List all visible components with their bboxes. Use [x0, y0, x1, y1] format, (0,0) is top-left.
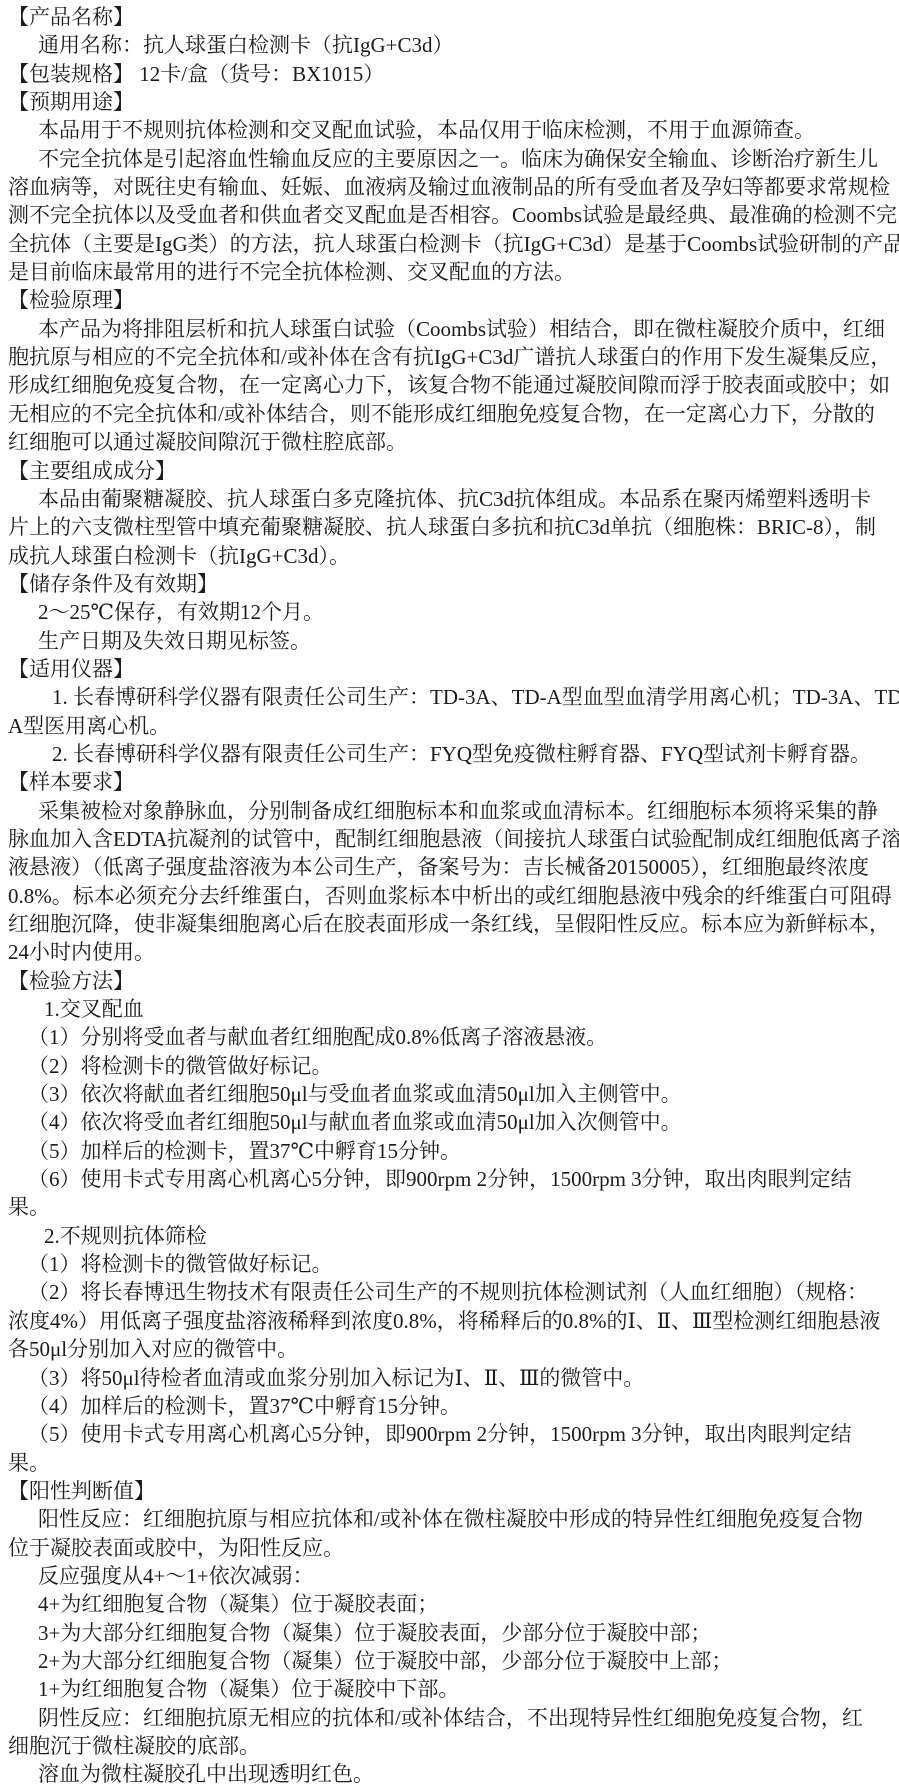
text-line: 阳性反应：红细胞抗原与相应抗体和/或补体在微柱凝胶中形成的特异性红细胞免疫复合物 — [8, 1505, 895, 1533]
text-line: 液悬液）（低离子强度盐溶液为本公司生产，备案号为：吉长械备20150005），红… — [8, 853, 895, 881]
text-line: 无相应的不完全抗体和/或补体结合，则不能形成红细胞免疫复合物，在一定离心力下，分… — [8, 400, 895, 428]
section-header-line: 【检验方法】 — [8, 967, 895, 995]
text-line: 1+为红细胞复合物（凝集）位于凝胶中下部。 — [8, 1675, 895, 1703]
text-line: 24小时内使用。 — [8, 938, 895, 966]
text-line: 果。 — [8, 1449, 895, 1477]
section-header-line: 【储存条件及有效期】 — [8, 570, 895, 598]
text-line: 红细胞可以通过凝胶间隙沉于微柱腔底部。 — [8, 428, 895, 456]
text-line: 溶血为微柱凝胶孔中出现透明红色。 — [8, 1760, 895, 1788]
text-line: 脉血加入含EDTA抗凝剂的试管中，配制红细胞悬液（间接抗人球蛋白试验配制成红细胞… — [8, 825, 895, 853]
text-line: （6）使用卡式专用离心机离心5分钟，即900rpm 2分钟，1500rpm 3分… — [8, 1165, 895, 1193]
text-line: 片上的六支微柱型管中填充葡聚糖凝胶、抗人球蛋白多抗和抗C3d单抗（细胞株：BRI… — [8, 513, 895, 541]
section-header-line: 【主要组成成分】 — [8, 457, 895, 485]
text-line: 本品由葡聚糖凝胶、抗人球蛋白多克隆抗体、抗C3d抗体组成。本品系在聚丙烯塑料透明… — [8, 485, 895, 513]
text-line: 生产日期及失效日期见标签。 — [8, 627, 895, 655]
text-line: 形成红细胞免疫复合物，在一定离心力下，该复合物不能通过凝胶间隙而浮于胶表面或胶中… — [8, 371, 895, 399]
text-line: （3）将50μl待检者血清或血浆分别加入标记为Ⅰ、Ⅱ、Ⅲ的微管中。 — [8, 1364, 895, 1392]
text-line: （5）使用卡式专用离心机离心5分钟，即900rpm 2分钟，1500rpm 3分… — [8, 1420, 895, 1448]
text-line: （5）加样后的检测卡，置37℃中孵育15分钟。 — [8, 1137, 895, 1165]
text-line: 红细胞沉降，使非凝集细胞离心后在胶表面形成一条红线，呈假阳性反应。标本应为新鲜标… — [8, 910, 895, 938]
text-line: 成抗人球蛋白检测卡（抗IgG+C3d）。 — [8, 542, 895, 570]
text-line: A型医用离心机。 — [8, 712, 895, 740]
text-line: 细胞沉于微柱凝胶的底部。 — [8, 1732, 895, 1760]
section-header-line: 【适用仪器】 — [8, 655, 895, 683]
text-line: （1）分别将受血者与献血者红细胞配成0.8%低离子溶液悬液。 — [8, 1023, 895, 1051]
document-page: { "page": { "background_color": "#ffffff… — [0, 0, 899, 1789]
text-line: 全抗体（主要是IgG类）的方法，抗人球蛋白检测卡（抗IgG+C3d）是基于Coo… — [8, 230, 895, 258]
text-line: 果。 — [8, 1193, 895, 1221]
text-line: 反应强度从4+～1+依次减弱： — [8, 1562, 895, 1590]
product-instructions-document: 【产品名称】通用名称：抗人球蛋白检测卡（抗IgG+C3d）【包装规格】 12卡/… — [0, 0, 899, 1789]
text-line: （1）将检测卡的微管做好标记。 — [8, 1250, 895, 1278]
section-header-line: 【产品名称】 — [8, 3, 895, 31]
text-line: （2）将检测卡的微管做好标记。 — [8, 1052, 895, 1080]
text-line: 1.交叉配血 — [8, 995, 895, 1023]
text-line: 2. 长春博研科学仪器有限责任公司生产：FYQ型免疫微柱孵育器、FYQ型试剂卡孵… — [8, 740, 895, 768]
text-line: （4）加样后的检测卡，置37℃中孵育15分钟。 — [8, 1392, 895, 1420]
text-line: 胞抗原与相应的不完全抗体和/或补体在含有抗IgG+C3d广谱抗人球蛋白的作用下发… — [8, 343, 895, 371]
text-line: （3）依次将献血者红细胞50μl与受血者血浆或血清50μl加入主侧管中。 — [8, 1080, 895, 1108]
text-line: 2+为大部分红细胞复合物（凝集）位于凝胶中部，少部分位于凝胶中上部； — [8, 1647, 895, 1675]
text-line: 位于凝胶表面或胶中，为阳性反应。 — [8, 1534, 895, 1562]
text-line: 本品用于不规则抗体检测和交叉配血试验，本品仅用于临床检测，不用于血源筛查。 — [8, 116, 895, 144]
text-line: （2）将长春博迅生物技术有限责任公司生产的不规则抗体检测试剂（人血红细胞）（规格… — [8, 1278, 895, 1306]
text-line: 4+为红细胞复合物（凝集）位于凝胶表面； — [8, 1590, 895, 1618]
text-line: 通用名称：抗人球蛋白检测卡（抗IgG+C3d） — [8, 31, 895, 59]
text-line: 浓度4%）用低离子强度盐溶液稀释到浓度0.8%，将稀释后的0.8%的Ⅰ、Ⅱ、Ⅲ型… — [8, 1307, 895, 1335]
text-line: 1. 长春博研科学仪器有限责任公司生产：TD-3A、TD-A型血型血清学用离心机… — [8, 683, 895, 711]
text-line: 3+为大部分红细胞复合物（凝集）位于凝胶表面，少部分位于凝胶中部； — [8, 1619, 895, 1647]
text-line: 不完全抗体是引起溶血性输血反应的主要原因之一。临床为确保安全输血、诊断治疗新生儿 — [8, 145, 895, 173]
section-header-line: 【预期用途】 — [8, 88, 895, 116]
text-line: 0.8%。标本必须充分去纤维蛋白，否则血浆标本中析出的或红细胞悬液中残余的纤维蛋… — [8, 882, 895, 910]
text-line: 2.不规则抗体筛检 — [8, 1222, 895, 1250]
text-line: 采集被检对象静脉血，分别制备成红细胞标本和血浆或血清标本。红细胞标本须将采集的静 — [8, 797, 895, 825]
text-line: 本产品为将排阻层析和抗人球蛋白试验（Coombs试验）相结合，即在微柱凝胶介质中… — [8, 315, 895, 343]
section-header-line: 【包装规格】 12卡/盒（货号：BX1015） — [8, 60, 895, 88]
text-line: 测不完全抗体以及受血者和供血者交叉配血是否相容。Coombs试验是最经典、最准确… — [8, 201, 895, 229]
section-header-line: 【样本要求】 — [8, 768, 895, 796]
text-line: 溶血病等，对既往史有输血、妊娠、血液病及输过血液制品的所有受血者及孕妇等都要求常… — [8, 173, 895, 201]
text-line: （4）依次将受血者红细胞50μl与献血者血浆或血清50μl加入次侧管中。 — [8, 1108, 895, 1136]
text-line: 2～25℃保存，有效期12个月。 — [8, 598, 895, 626]
section-header-line: 【检验原理】 — [8, 286, 895, 314]
text-line: 阴性反应：红细胞抗原无相应的抗体和/或补体结合，不出现特异性红细胞免疫复合物，红 — [8, 1704, 895, 1732]
text-line: 是目前临床最常用的进行不完全抗体检测、交叉配血的方法。 — [8, 258, 895, 286]
text-line: 各50μl分别加入对应的微管中。 — [8, 1335, 895, 1363]
section-header-line: 【阳性判断值】 — [8, 1477, 895, 1505]
